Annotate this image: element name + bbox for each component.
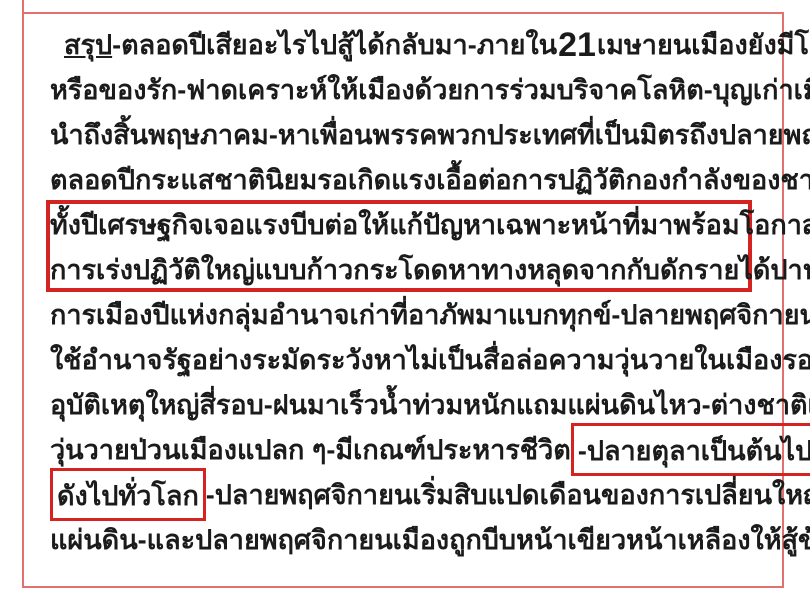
text-line-2: หรือของรัก-ฟาดเคราะห์ให้เมืองด้วยการร่วม… <box>50 67 762 112</box>
summary-label: สรุป <box>64 23 112 66</box>
text-line-12: แผ่นดิน-และปลายพฤศจิกายนเมืองถูกบีบหน้าเ… <box>50 517 762 562</box>
text-segment: วุ่นวายป่วนเมืองแปลก ๆ-มีเกณฑ์ประหารชีวิ… <box>50 428 571 471</box>
text-segment: เมษายนเมืองยังมีโอกาสเสียคน <box>597 23 810 66</box>
date-number: 21 <box>557 28 597 62</box>
text-segment: นำถึงสิ้นพฤษภาคม-หาเพื่อนพรรคพวกประเทศที… <box>50 113 810 156</box>
highlight-box-world-famous: ดังไปทั่วโลก <box>50 468 206 521</box>
text-segment: -ปลายพฤศจิกายนเริ่มสิบแปดเดือนของการเปลี… <box>206 473 810 516</box>
text-segment: ทั้งปีเศรษฐกิจเจอแรงบีบต่อให้แก้ปัญหาเฉพ… <box>50 203 810 246</box>
text-line-11: ดังไปทั่วโลก -ปลายพฤศจิกายนเริ่มสิบแปดเด… <box>50 472 762 517</box>
text-segment: ใช้อำนาจรัฐอย่างระมัดระวังหาไม่เป็นสื่อล… <box>50 338 810 381</box>
text-segment: ตลอดปีกระแสชาตินิยมรอเกิดแรงเอื้อต่อการป… <box>50 158 810 201</box>
highlight-box-late-october: -ปลายตุลาเป็นต้นไปเมืองจะโด่ง <box>571 423 810 476</box>
text-line-7: การเมืองปีแห่งกลุ่มอำนาจเก่าที่อาภัพมาแบ… <box>50 292 762 337</box>
text-line-1: สรุป -ตลอดปีเสียอะไรไปสู้ได้กลับมา-ภายใน… <box>50 22 762 67</box>
text-segment: อุบัติเหตุใหญ่สี่รอบ-ฝนมาเร็วน้ำท่วมหนัก… <box>50 383 810 426</box>
text-segment: หรือของรัก-ฟาดเคราะห์ให้เมืองด้วยการร่วม… <box>50 68 810 111</box>
text-line-3: นำถึงสิ้นพฤษภาคม-หาเพื่อนพรรคพวกประเทศที… <box>50 112 762 157</box>
document-page: สรุป -ตลอดปีเสียอะไรไปสู้ได้กลับมา-ภายใน… <box>0 0 810 611</box>
text-segment: แผ่นดิน-และปลายพฤศจิกายนเมืองถูกบีบหน้าเ… <box>50 518 810 561</box>
text-line-9: อุบัติเหตุใหญ่สี่รอบ-ฝนมาเร็วน้ำท่วมหนัก… <box>50 382 762 427</box>
text-line-4: ตลอดปีกระแสชาตินิยมรอเกิดแรงเอื้อต่อการป… <box>50 157 762 202</box>
text-segment: -ตลอดปีเสียอะไรไปสู้ได้กลับมา-ภายใน <box>112 23 557 66</box>
text-segment: การเมืองปีแห่งกลุ่มอำนาจเก่าที่อาภัพมาแบ… <box>50 293 810 336</box>
text-line-5-highlighted: ทั้งปีเศรษฐกิจเจอแรงบีบต่อให้แก้ปัญหาเฉพ… <box>50 202 762 247</box>
text-line-6-highlighted: การเร่งปฏิวัติใหญ่แบบก้าวกระโดดหาทางหลุด… <box>50 247 762 292</box>
text-line-10: วุ่นวายป่วนเมืองแปลก ๆ-มีเกณฑ์ประหารชีวิ… <box>50 427 762 472</box>
text-line-8: ใช้อำนาจรัฐอย่างระมัดระวังหาไม่เป็นสื่อล… <box>50 337 762 382</box>
document-body: สรุป -ตลอดปีเสียอะไรไปสู้ได้กลับมา-ภายใน… <box>50 22 762 562</box>
text-segment: การเร่งปฏิวัติใหญ่แบบก้าวกระโดดหาทางหลุด… <box>50 248 810 291</box>
